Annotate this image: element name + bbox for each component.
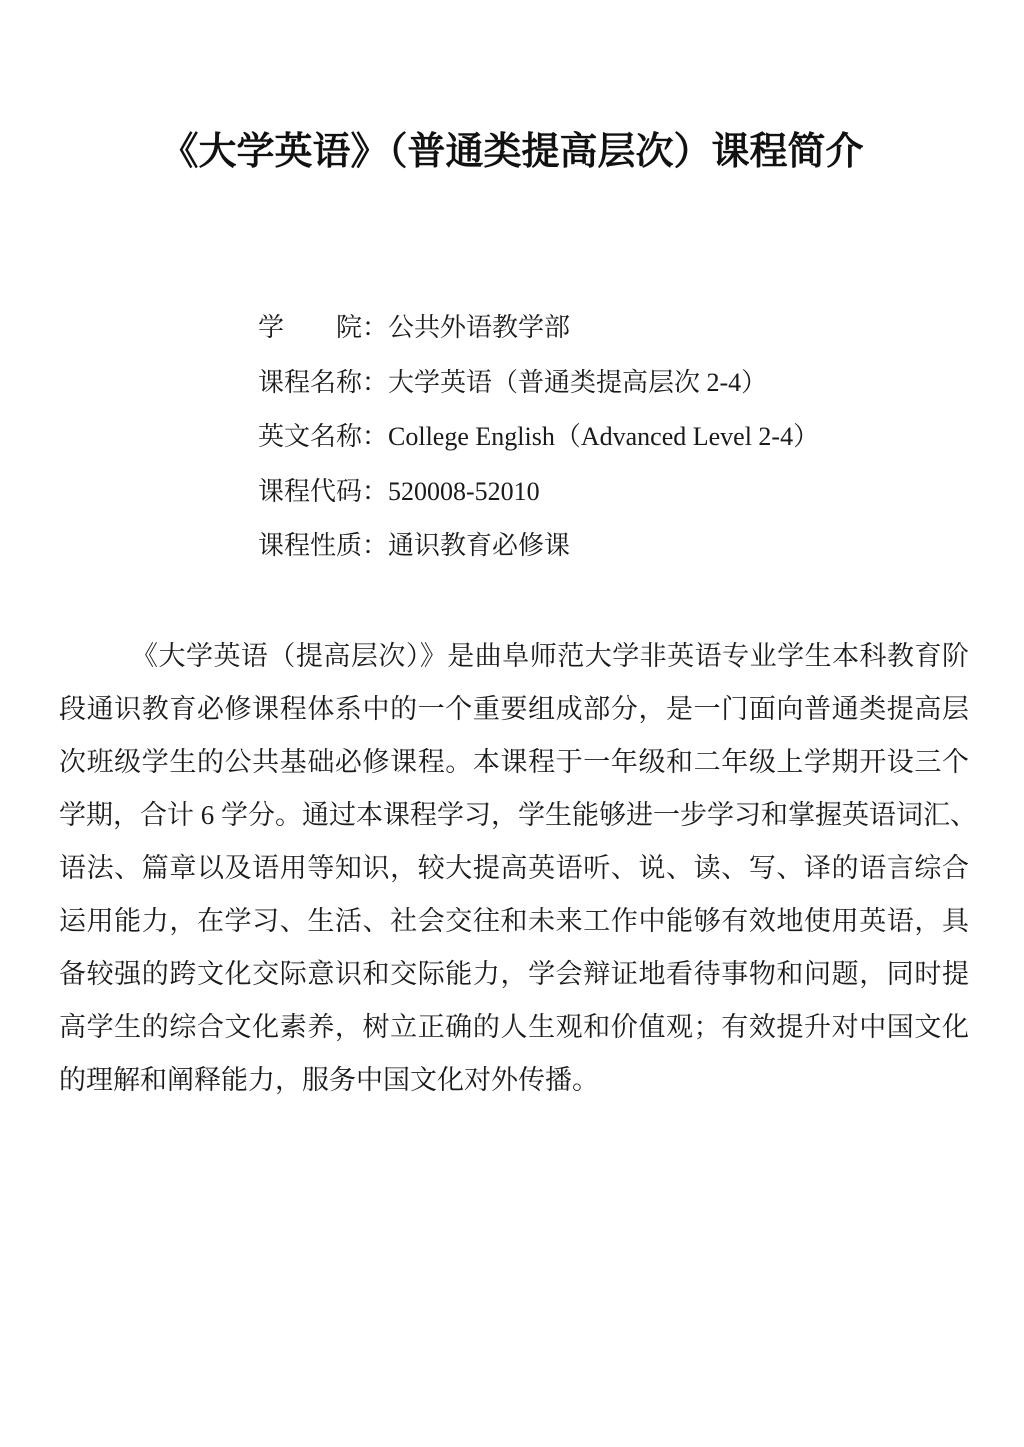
college-value: 公共外语教学部 bbox=[388, 313, 570, 342]
paragraph-line: 语法、篇章以及语用等知识，较大提高英语听、说、读、写、译的语言综合 bbox=[59, 842, 969, 895]
info-line-english-name: 英文名称：College English（Advanced Level 2-4） bbox=[258, 410, 819, 465]
paragraph-line: 备较强的跨文化交际意识和交际能力，学会辩证地看待事物和问题，同时提 bbox=[59, 948, 969, 1001]
course-code-label: 课程代码： bbox=[258, 477, 388, 506]
paragraph-line: 段通识教育必修课程体系中的一个重要组成部分，是一门面向普通类提高层 bbox=[59, 683, 969, 736]
paragraph-line: 学期，合计 6 学分。通过本课程学习，学生能够进一步学习和掌握英语词汇、 bbox=[59, 789, 969, 842]
info-line-college: 学 院：公共外语教学部 bbox=[258, 301, 819, 356]
document-title: 《大学英语》（普通类提高层次）课程简介 bbox=[0, 124, 1024, 180]
paragraph-line: 高学生的综合文化素养，树立正确的人生观和价值观；有效提升对中国文化 bbox=[59, 1001, 969, 1054]
document-page: 《大学英语》（普通类提高层次）课程简介 学 院：公共外语教学部 课程名称：大学英… bbox=[0, 0, 1024, 1447]
english-name-label: 英文名称： bbox=[258, 422, 388, 451]
course-description-paragraph: 《大学英语（提高层次）》是曲阜师范大学非英语专业学生本科教育阶 段通识教育必修课… bbox=[59, 630, 969, 1107]
course-name-value: 大学英语（普通类提高层次 2-4） bbox=[388, 368, 767, 397]
english-name-value: College English（Advanced Level 2-4） bbox=[388, 422, 819, 451]
info-line-course-type: 课程性质：通识教育必修课 bbox=[258, 519, 819, 574]
paragraph-line: 的理解和阐释能力，服务中国文化对外传播。 bbox=[59, 1054, 969, 1107]
paragraph-line: 《大学英语（提高层次）》是曲阜师范大学非英语专业学生本科教育阶 bbox=[59, 630, 969, 683]
course-code-value: 520008-52010 bbox=[388, 477, 540, 506]
paragraph-line: 运用能力，在学习、生活、社会交往和未来工作中能够有效地使用英语，具 bbox=[59, 895, 969, 948]
info-line-course-code: 课程代码：520008-52010 bbox=[258, 465, 819, 520]
course-info-block: 学 院：公共外语教学部 课程名称：大学英语（普通类提高层次 2-4） 英文名称：… bbox=[258, 301, 819, 574]
course-type-label: 课程性质： bbox=[258, 531, 388, 560]
paragraph-line: 次班级学生的公共基础必修课程。本课程于一年级和二年级上学期开设三个 bbox=[59, 736, 969, 789]
college-label: 学 院： bbox=[258, 313, 388, 342]
course-name-label: 课程名称： bbox=[258, 368, 388, 397]
info-line-course-name: 课程名称：大学英语（普通类提高层次 2-4） bbox=[258, 356, 819, 411]
course-type-value: 通识教育必修课 bbox=[388, 531, 570, 560]
